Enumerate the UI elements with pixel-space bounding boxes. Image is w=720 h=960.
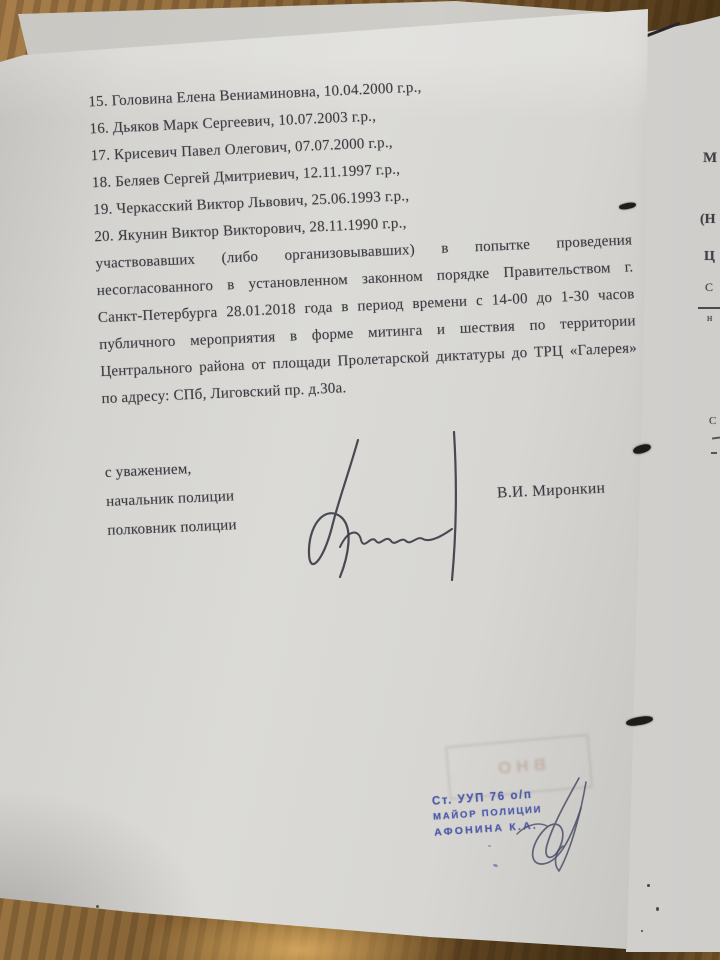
dust-speck <box>647 884 650 887</box>
ink-speck <box>488 845 491 847</box>
document-photo: М (Н Ц С н С 15. Головина Елена Вениамин… <box>0 0 720 960</box>
facing-page-fragment: М <box>703 150 717 167</box>
mironkin-signature <box>303 430 473 585</box>
dust-speck <box>96 905 99 908</box>
facing-page-underline <box>698 307 720 309</box>
facing-page-fragment: н <box>707 313 712 324</box>
facing-page-fragment: С <box>709 415 716 427</box>
facing-page-fragment: (Н <box>700 212 716 228</box>
facing-page-mark <box>711 452 717 454</box>
facing-page-fragment: Ц <box>704 249 715 265</box>
afonina-signature <box>503 772 595 874</box>
dust-speck <box>641 930 643 932</box>
facing-page-fragment: С <box>705 280 713 295</box>
dust-speck <box>656 907 659 911</box>
